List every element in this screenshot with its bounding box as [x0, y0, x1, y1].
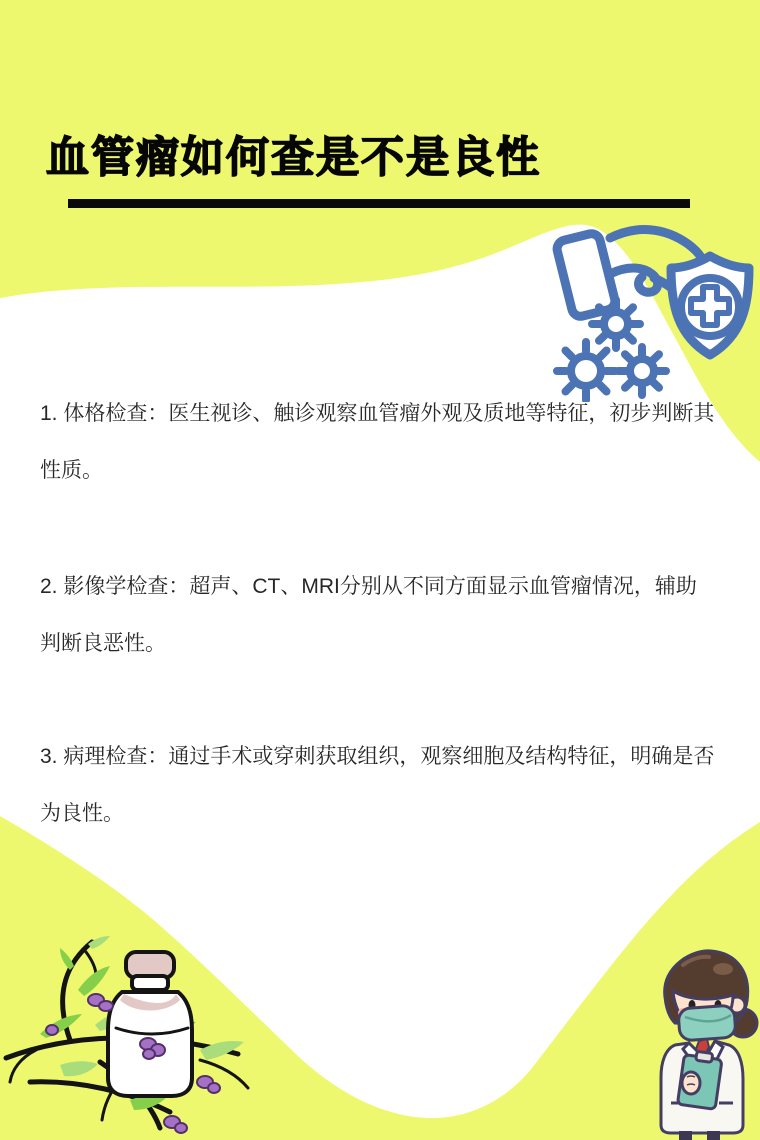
paragraph-line: 性质。: [40, 442, 730, 499]
paragraph-line: 判断良恶性。: [40, 615, 730, 672]
medical-shield-icon: [671, 256, 749, 355]
list-item-imaging-exam: 2. 影像学检查：超声、CT、MRI分别从不同方面显示血管瘤情况，辅助 判断良恶…: [40, 558, 730, 672]
health-infographic-poster: 血管瘤如何查是不是良性 1. 体格检: [0, 0, 760, 1140]
page-title: 血管瘤如何查是不是良性: [46, 124, 541, 185]
paragraph-line: 2. 影像学检查：超声、CT、MRI分别从不同方面显示血管瘤情况，辅助: [40, 558, 730, 615]
medicine-bottle: [108, 952, 192, 1096]
list-item-physical-exam: 1. 体格检查：医生视诊、触诊观察血管瘤外观及质地等特征，初步判断其 性质。: [40, 385, 730, 499]
paragraph-line: 1. 体格检查：医生视诊、触诊观察血管瘤外观及质地等特征，初步判断其: [40, 385, 730, 442]
doctor-hand: [682, 1072, 700, 1094]
paragraph-line: 为良性。: [40, 785, 730, 842]
herbal-medicine-illustration: [0, 930, 260, 1140]
list-item-pathology-exam: 3. 病理检查：通过手术或穿刺获取组织，观察细胞及结构特征，明确是否 为良性。: [40, 728, 730, 842]
hand-holding-medical-shield-icon: [552, 222, 757, 402]
paragraph-line: 3. 病理检查：通过手术或穿刺获取组织，观察细胞及结构特征，明确是否: [40, 728, 730, 785]
title-underline: [68, 199, 690, 208]
face-mask: [678, 1005, 736, 1041]
doctor-illustration: [645, 945, 760, 1140]
virus-cell-icon: [592, 300, 640, 348]
